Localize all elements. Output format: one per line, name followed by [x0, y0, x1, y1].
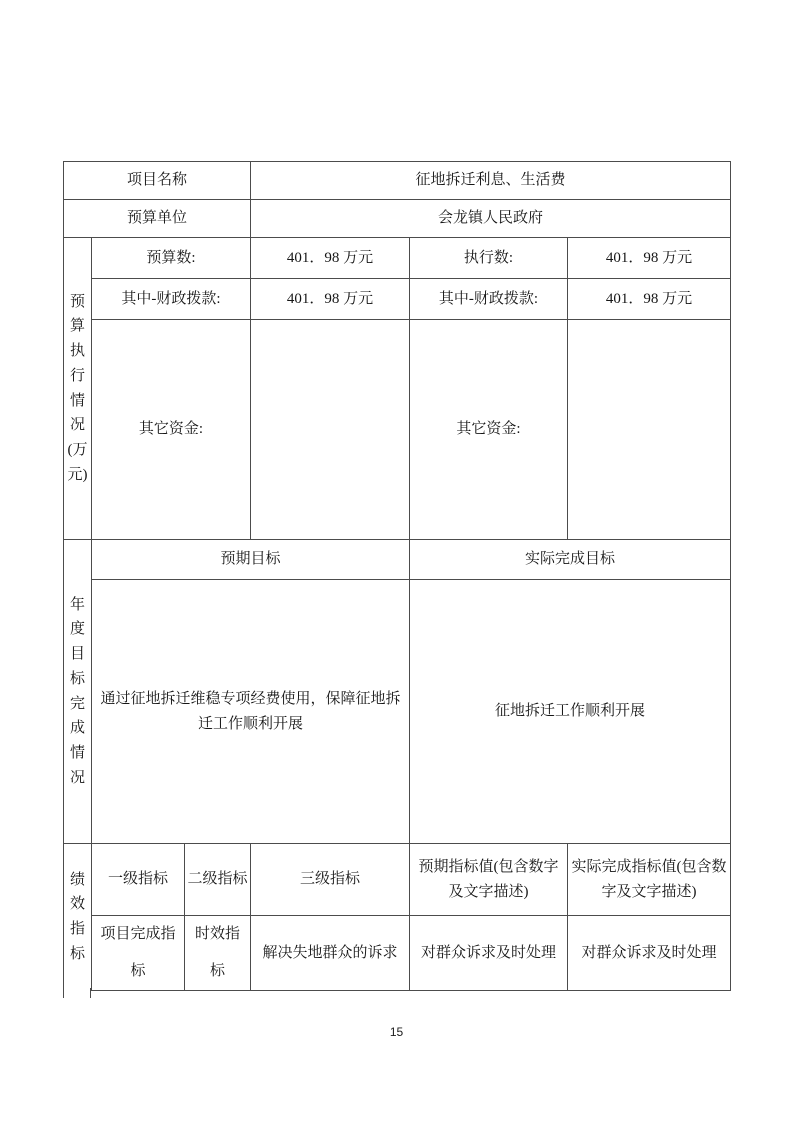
table-row: 预 算 执 行 情 况 (万 元) 预算数: 401．98 万元 执行数: 40…: [64, 238, 731, 279]
budget-performance-table: 项目名称 征地拆迁利息、生活费 预算单位 会龙镇人民政府 预 算 执 行 情 况…: [63, 161, 731, 991]
table-row: 项目名称 征地拆迁利息、生活费: [64, 162, 731, 200]
table-left-column-continuation: [63, 988, 91, 998]
kpi-header-level3: 三级指标: [251, 844, 410, 916]
table-row: 项目完成指标 时效指标 解决失地群众的诉求 对群众诉求及时处理 对群众诉求及时处…: [64, 916, 731, 991]
kpi-header-actual: 实际完成指标值(包含数字及文字描述): [568, 844, 731, 916]
annual-goal-section-label: 年 度 目 标 完 成 情 况: [64, 540, 92, 844]
fiscal-allocation-value-left: 401．98 万元: [251, 279, 410, 320]
other-funds-value-right: [568, 320, 731, 540]
expected-goal-text: 通过征地拆迁维稳专项经费使用，保障征地拆迁工作顺利开展: [92, 580, 410, 844]
execution-amount-label: 执行数:: [410, 238, 568, 279]
table-row: 绩 效 指 标 一级指标 二级指标 三级指标 预期指标值(包含数字及文字描述) …: [64, 844, 731, 916]
kpi-cell-level2: 时效指标: [185, 916, 251, 991]
table-row: 年 度 目 标 完 成 情 况 预期目标 实际完成目标: [64, 540, 731, 580]
budget-amount-value: 401．98 万元: [251, 238, 410, 279]
actual-goal-text: 征地拆迁工作顺利开展: [410, 580, 731, 844]
fiscal-allocation-label-left: 其中-财政拨款:: [92, 279, 251, 320]
kpi-cell-level3: 解决失地群众的诉求: [251, 916, 410, 991]
other-funds-label-right: 其它资金:: [410, 320, 568, 540]
kpi-cell-level1: 项目完成指标: [92, 916, 185, 991]
kpi-header-level2: 二级指标: [185, 844, 251, 916]
document-page: 项目名称 征地拆迁利息、生活费 预算单位 会龙镇人民政府 预 算 执 行 情 况…: [0, 0, 793, 1122]
expected-goal-header: 预期目标: [92, 540, 410, 580]
other-funds-label-left: 其它资金:: [92, 320, 251, 540]
execution-amount-value: 401．98 万元: [568, 238, 731, 279]
table-row: 其中-财政拨款: 401．98 万元 其中-财政拨款: 401．98 万元: [64, 279, 731, 320]
fiscal-allocation-value-right: 401．98 万元: [568, 279, 731, 320]
kpi-cell-actual: 对群众诉求及时处理: [568, 916, 731, 991]
budget-execution-section-label: 预 算 执 行 情 况 (万 元): [64, 238, 92, 540]
fiscal-allocation-label-right: 其中-财政拨款:: [410, 279, 568, 320]
table-row: 其它资金: 其它资金:: [64, 320, 731, 540]
table-row: 通过征地拆迁维稳专项经费使用，保障征地拆迁工作顺利开展 征地拆迁工作顺利开展: [64, 580, 731, 844]
page-number: 15: [0, 1025, 793, 1039]
project-name-label: 项目名称: [64, 162, 251, 200]
kpi-header-level1: 一级指标: [92, 844, 185, 916]
budget-unit-value: 会龙镇人民政府: [251, 200, 731, 238]
kpi-cell-expected: 对群众诉求及时处理: [410, 916, 568, 991]
budget-unit-label: 预算单位: [64, 200, 251, 238]
table-row: 预算单位 会龙镇人民政府: [64, 200, 731, 238]
kpi-header-expected: 预期指标值(包含数字及文字描述): [410, 844, 568, 916]
kpi-section-label: 绩 效 指 标: [64, 844, 92, 991]
actual-goal-header: 实际完成目标: [410, 540, 731, 580]
project-name-value: 征地拆迁利息、生活费: [251, 162, 731, 200]
budget-amount-label: 预算数:: [92, 238, 251, 279]
other-funds-value-left: [251, 320, 410, 540]
